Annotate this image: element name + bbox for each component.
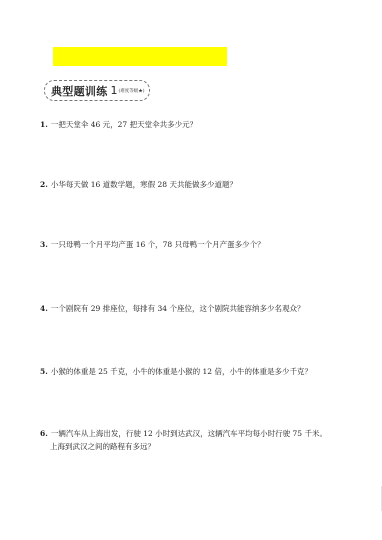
question-1: 1.一把天堂伞 46 元，27 把天堂伞共多少元？ xyxy=(40,118,197,131)
difficulty-label: (难度等级★) xyxy=(119,88,145,94)
question-text: 一个剧院有 29 排座位，每排有 34 个座位，这个剧院共能容纳多少名观众？ xyxy=(51,304,305,313)
question-number: 3. xyxy=(40,240,48,249)
question-text: 一辆汽车从上海出发，行驶 12 小时到达武汉，这辆汽车平均每小时行驶 75 千米… xyxy=(51,429,327,438)
question-number: 2. xyxy=(40,180,48,189)
question-2: 2.小华每天做 16 道数学题，寒假 28 天共能做多少道题？ xyxy=(40,178,237,191)
question-number: 1. xyxy=(40,120,48,129)
yellow-highlight-bar xyxy=(53,47,227,66)
question-number: 6. xyxy=(40,429,48,438)
question-3: 3.一只母鸭一个月平均产蛋 16 个，78 只母鸭一个月产蛋多少个？ xyxy=(40,238,265,251)
question-text: 一只母鸭一个月平均产蛋 16 个，78 只母鸭一个月产蛋多少个？ xyxy=(51,240,265,249)
question-text-continued: 上海到武汉之间的路程有多远？ xyxy=(40,440,327,453)
section-number: 1 xyxy=(111,84,118,97)
question-5: 5.小猴的体重是 25 千克，小牛的体重是小猴的 12 倍，小牛的体重是多少千克… xyxy=(40,365,312,378)
question-text: 小华每天做 16 道数学题，寒假 28 天共能做多少道题？ xyxy=(51,180,237,189)
section-header-badge: 典型题训练 1 (难度等级★) xyxy=(44,80,150,101)
question-text: 一把天堂伞 46 元，27 把天堂伞共多少元？ xyxy=(51,120,197,129)
question-number: 5. xyxy=(40,367,48,376)
section-title: 典型题训练 xyxy=(51,83,108,99)
question-text: 小猴的体重是 25 千克，小牛的体重是小猴的 12 倍，小牛的体重是多少千克？ xyxy=(51,367,312,376)
question-number: 4. xyxy=(40,304,48,313)
question-6: 6.一辆汽车从上海出发，行驶 12 小时到达武汉，这辆汽车平均每小时行驶 75 … xyxy=(40,427,327,453)
question-4: 4.一个剧院有 29 排座位，每排有 34 个座位，这个剧院共能容纳多少名观众？ xyxy=(40,302,304,315)
